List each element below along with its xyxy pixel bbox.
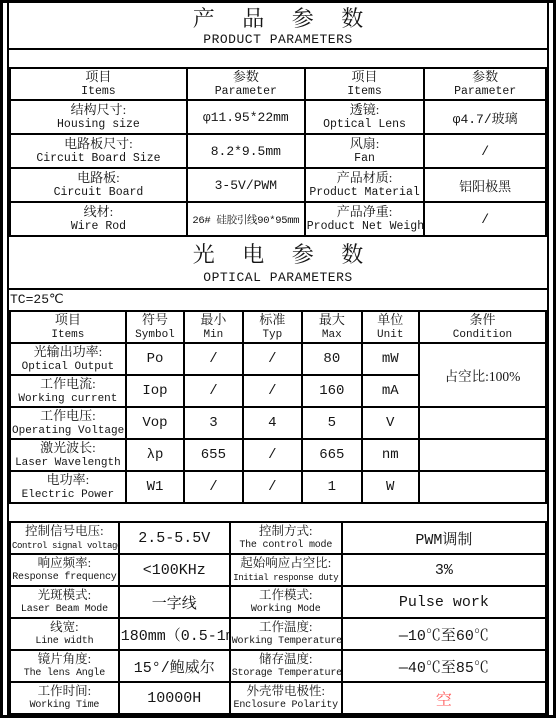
table-row: 电路板: Circuit Board 3-5V/PWM 产品材质: Produc… [10,168,546,202]
table-row: 工作时间: Working Time 10000H 外壳带电极性: Enclos… [10,682,546,714]
item-cell: 工作时间: Working Time [10,682,119,714]
item-cell: 透镜: Optical Lens [305,100,425,134]
item-label-en: Working Mode [232,603,340,617]
min-cell: / [184,343,242,375]
item-label-cn: 激光波长: [12,440,124,456]
column-header: 参数 Parameter [187,68,305,100]
item-label-cn: 透镜: [307,102,423,118]
table-row: 结构尺寸: Housing size φ11.95*22mm 透镜: Optic… [10,100,546,134]
item-label-en: The control mode [232,539,340,553]
item-label-cn: 工作模式: [232,587,340,603]
column-header: 参数 Parameter [424,68,546,100]
symbol-cell: Vop [126,407,184,439]
item-label-en: Response frequency [12,571,117,585]
table-header-row: 项目 Items 符号 Symbol 最小 Min 标准 Typ 最大 Ma [10,311,546,343]
column-header-en: Items [12,328,124,342]
column-header: 条件 Condition [419,311,546,343]
section-title-cn: 光 电 参 数 [9,242,547,268]
typ-cell: / [243,439,302,471]
item-label-cn: 控制方式: [232,523,340,539]
item-label-cn: 风扇: [307,136,423,152]
table-row: 镜片角度: The lens Angle 15°/鲍威尔 储存温度: Stora… [10,650,546,682]
item-label-en: Enclosure Polarity [232,699,340,713]
item-cell: 产品净重: Product Net Weight [305,202,425,236]
table-header-row: 项目 Items 参数 Parameter 项目 Items 参数 Parame… [10,68,546,100]
value-cell: φ11.95*22mm [187,100,305,134]
table-row: 光斑模式: Laser Beam Mode 一字线 工作模式: Working … [10,586,546,618]
item-label-en: Product Material [307,186,423,200]
item-label-cn: 响应频率: [12,555,117,571]
item-cell: 镜片角度: The lens Angle [10,650,119,682]
item-label-cn: 工作时间: [12,683,117,699]
column-header-cn: 标准 [245,312,300,328]
item-label-cn: 储存温度: [232,651,340,667]
table-row: 线宽: Line width 180mm（0.5-1mm） 工作温度: Work… [10,618,546,650]
max-cell: 160 [302,375,361,407]
column-header-en: Parameter [426,85,544,99]
value-cell: / [424,202,546,236]
value-cell: <100KHz [119,554,230,586]
optical-parameters-title: 光 电 参 数 OPTICAL PARAMETERS [9,237,547,290]
item-label-en: Optical Lens [307,118,423,132]
table-row: 工作电压: Operating Voltage Vop 3 4 5 V [10,407,546,439]
item-label-en: Laser Wavelength [12,456,124,470]
item-label-en: Storage Temperature [232,667,340,681]
item-label-cn: 结构尺寸: [12,102,185,118]
value-cell: 一字线 [119,586,230,618]
symbol-cell: Po [126,343,184,375]
column-header-cn: 最小 [186,312,240,328]
typ-cell: 4 [243,407,302,439]
value-cell: / [424,134,546,168]
table-row: 光输出功率: Optical Output Po / / 80 mW 占空比:1… [10,343,546,375]
column-header-cn: 条件 [421,312,544,328]
item-cell: 起始响应占空比: Initial response duty [230,554,342,586]
item-label-en: Wire Rod [12,220,185,234]
column-header-en: Unit [364,328,417,342]
column-header-en: Parameter [189,85,303,99]
item-label-cn: 电功率: [12,472,124,488]
unit-cell: mW [362,343,419,375]
item-cell: 线材: Wire Rod [10,202,187,236]
item-label-en: Electric Power [12,488,124,502]
item-label-cn: 外壳带电极性: [232,683,340,699]
item-label-cn: 镜片角度: [12,651,117,667]
item-cell: 光输出功率: Optical Output [10,343,126,375]
item-cell: 储存温度: Storage Temperature [230,650,342,682]
condition-cell [419,407,546,439]
column-header-en: Typ [245,328,300,342]
condition-cell [419,471,546,503]
unit-cell: mA [362,375,419,407]
item-cell: 产品材质: Product Material [305,168,425,202]
value-cell: —10℃至60℃ [342,618,546,650]
value-cell: —40℃至85℃ [342,650,546,682]
column-header-en: Max [304,328,359,342]
item-label-cn: 电路板: [12,170,185,186]
item-label-cn: 光输出功率: [12,344,124,360]
value-cell: Pulse work [342,586,546,618]
column-header-cn: 参数 [426,69,544,85]
item-label-en: Optical Output [12,360,124,374]
item-label-cn: 产品净重: [307,204,423,220]
item-label-cn: 控制信号电压: [12,523,117,539]
value-cell: 15°/鲍威尔 [119,650,230,682]
unit-cell: nm [362,439,419,471]
section-title-en: OPTICAL PARAMETERS [9,268,547,288]
column-header-en: Min [186,328,240,342]
item-label-en: Working current [12,392,124,406]
item-label-cn: 产品材质: [307,170,423,186]
item-label-en: Working Time [12,699,117,713]
column-header: 项目 Items [10,311,126,343]
duty-cycle-condition-cell: 占空比:100% [419,343,546,407]
condition-cell [419,439,546,471]
item-cell: 线宽: Line width [10,618,119,650]
max-cell: 5 [302,407,361,439]
spacer-row [9,504,547,521]
symbol-cell: λp [126,439,184,471]
page-title: 产 品 参 数 [9,6,547,32]
column-header-en: Items [307,85,423,99]
item-label-en: Control signal voltage [12,539,117,553]
column-header-en: Items [12,85,185,99]
optical-parameters-table: 项目 Items 符号 Symbol 最小 Min 标准 Typ 最大 Ma [9,310,547,504]
column-header: 项目 Items [305,68,425,100]
item-cell: 工作温度: Working Temperature [230,618,342,650]
column-header-en: Condition [421,328,544,342]
column-header-cn: 项目 [12,69,185,85]
item-label-en: Circuit Board Size [12,152,185,166]
table-row: 电功率: Electric Power W1 / / 1 W [10,471,546,503]
column-header: 最小 Min [184,311,242,343]
value-cell: 2.5-5.5V [119,522,230,554]
column-header-cn: 最大 [304,312,359,328]
column-header: 最大 Max [302,311,361,343]
table-row: 电路板尺寸: Circuit Board Size 8.2*9.5mm 风扇: … [10,134,546,168]
unit-cell: V [362,407,419,439]
item-label-en: Product Net Weight [307,220,423,234]
item-cell: 控制方式: The control mode [230,522,342,554]
control-parameters-section: 控制信号电压: Control signal voltage 2.5-5.5V … [9,521,547,715]
item-cell: 工作模式: Working Mode [230,586,342,618]
item-label-en: Circuit Board [12,186,185,200]
temperature-condition-note: TC=25℃ [9,290,547,310]
item-label-en: Laser Beam Mode [12,603,117,617]
column-header-cn: 符号 [128,312,182,328]
product-parameters-table: 项目 Items 参数 Parameter 项目 Items 参数 Parame… [9,67,547,237]
symbol-cell: Iop [126,375,184,407]
column-header-cn: 参数 [189,69,303,85]
table-row: 激光波长: Laser Wavelength λp 655 / 665 nm [10,439,546,471]
spec-sheet-frame: 产 品 参 数 PRODUCT PARAMETERS 项目 Items 参数 P… [7,3,549,715]
item-cell: 光斑模式: Laser Beam Mode [10,586,119,618]
value-cell: 铝阳极黑 [424,168,546,202]
item-cell: 激光波长: Laser Wavelength [10,439,126,471]
max-cell: 80 [302,343,361,375]
item-cell: 工作电压: Operating Voltage [10,407,126,439]
value-cell: 26# 硅胶引线90*95mm [187,202,305,236]
column-header: 单位 Unit [362,311,419,343]
item-cell: 工作电流: Working current [10,375,126,407]
value-cell: PWM调制 [342,522,546,554]
item-cell: 电功率: Electric Power [10,471,126,503]
item-cell: 电路板: Circuit Board [10,168,187,202]
column-header: 符号 Symbol [126,311,184,343]
min-cell: / [184,471,242,503]
item-cell: 风扇: Fan [305,134,425,168]
table-row: 控制信号电压: Control signal voltage 2.5-5.5V … [10,522,546,554]
spacer-row [9,50,547,67]
max-cell: 665 [302,439,361,471]
item-label-cn: 线宽: [12,619,117,635]
value-cell: 180mm（0.5-1mm） [119,618,230,650]
min-cell: 3 [184,407,242,439]
value-cell: 10000H [119,682,230,714]
product-parameters-title: 产 品 参 数 PRODUCT PARAMETERS [9,3,547,50]
item-label-en: Fan [307,152,423,166]
value-cell: 3-5V/PWM [187,168,305,202]
column-header: 项目 Items [10,68,187,100]
min-cell: / [184,375,242,407]
value-cell: 3% [342,554,546,586]
item-label-en: Initial response duty [232,571,340,585]
item-label-cn: 起始响应占空比: [232,555,340,571]
item-cell: 控制信号电压: Control signal voltage [10,522,119,554]
table-row: 响应频率: Response frequency <100KHz 起始响应占空比… [10,554,546,586]
control-parameters-table: 控制信号电压: Control signal voltage 2.5-5.5V … [9,521,547,715]
min-cell: 655 [184,439,242,471]
max-cell: 1 [302,471,361,503]
item-cell: 响应频率: Response frequency [10,554,119,586]
item-label-en: Line width [12,635,117,649]
column-header-en: Symbol [128,328,182,342]
item-label-en: Housing size [12,118,185,132]
value-cell: 8.2*9.5mm [187,134,305,168]
item-label-cn: 工作电压: [12,408,124,424]
item-cell: 外壳带电极性: Enclosure Polarity [230,682,342,714]
column-header-cn: 单位 [364,312,417,328]
item-label-cn: 光斑模式: [12,587,117,603]
item-label-cn: 工作电流: [12,376,124,392]
item-label-cn: 电路板尺寸: [12,136,185,152]
item-label-cn: 工作温度: [232,619,340,635]
typ-cell: / [243,343,302,375]
column-header: 标准 Typ [243,311,302,343]
value-cell: φ4.7/玻璃 [424,100,546,134]
typ-cell: / [243,375,302,407]
item-cell: 结构尺寸: Housing size [10,100,187,134]
typ-cell: / [243,471,302,503]
table-row: 线材: Wire Rod 26# 硅胶引线90*95mm 产品净重: Produ… [10,202,546,236]
column-header-cn: 项目 [12,312,124,328]
item-label-en: The lens Angle [12,667,117,681]
page-subtitle: PRODUCT PARAMETERS [9,32,547,48]
symbol-cell: W1 [126,471,184,503]
item-label-en: Operating Voltage [12,424,124,438]
item-label-cn: 线材: [12,204,185,220]
enclosure-polarity-value: 空 [342,682,546,714]
column-header-cn: 项目 [307,69,423,85]
item-cell: 电路板尺寸: Circuit Board Size [10,134,187,168]
unit-cell: W [362,471,419,503]
spec-sheet-page: 产 品 参 数 PRODUCT PARAMETERS 项目 Items 参数 P… [0,0,556,718]
item-label-en: Working Temperature [232,635,340,649]
